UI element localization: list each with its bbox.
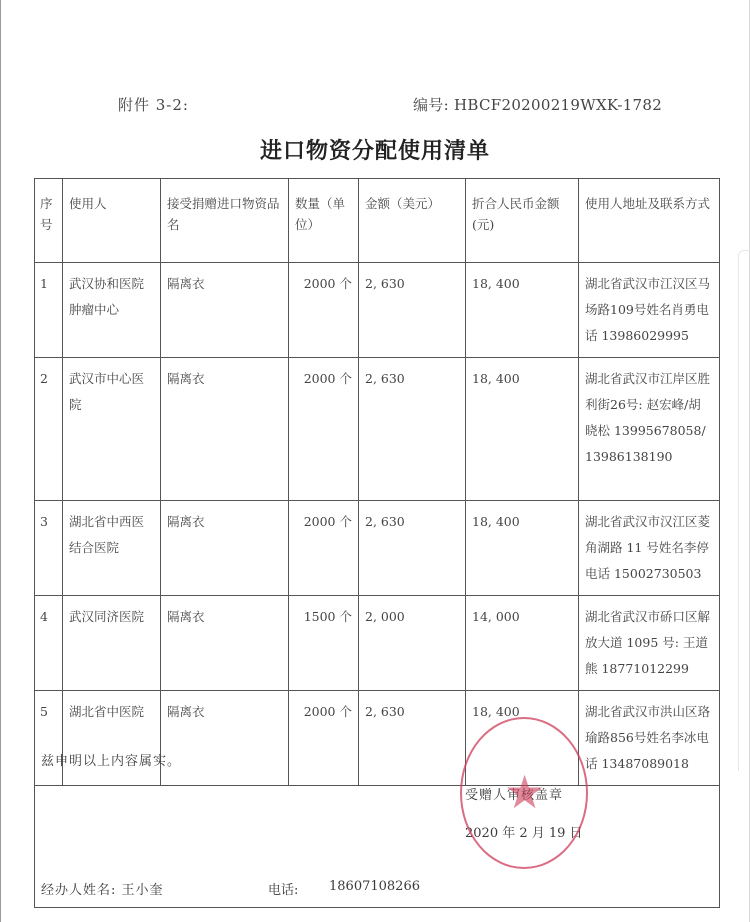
phone-value: 18607108266: [329, 879, 420, 894]
cell-quantity: 2000 个: [289, 501, 359, 596]
seal-label: 受赠人审核盖章: [465, 784, 563, 803]
cell-amount-cny: 18, 400: [466, 263, 579, 358]
cell-amount-cny: 18, 400: [466, 501, 579, 596]
cell-item: 隔离衣: [161, 263, 289, 358]
cell-user: 武汉协和医院肿瘤中心: [63, 263, 161, 358]
column-header-item: 接受捐赠进口物资品名: [161, 179, 289, 263]
document-number: 编号: HBCF20200219WXK-1782: [413, 94, 662, 115]
cell-amount-usd: 2, 630: [359, 358, 466, 501]
cell-amount-usd: 2, 000: [359, 596, 466, 691]
column-header-user: 使用人: [63, 179, 161, 263]
attachment-label: 附件 3-2:: [118, 94, 189, 115]
phone-label: 电话:: [268, 879, 298, 898]
scrollbar-track[interactable]: [738, 250, 750, 771]
column-header-quantity: 数量（单位）: [289, 179, 359, 263]
seal-date: 2020 年 2 月 19 日: [465, 822, 583, 841]
declaration-box: 兹申明以上内容属实。 受赠人审核盖章 2020 年 2 月 19 日 经办人姓名…: [34, 742, 720, 908]
cell-contact: 湖北省武汉市江岸区胜利街26号: 赵宏峰/胡晓松 13995678058/139…: [579, 358, 720, 501]
cell-contact: 湖北省武汉市江汉区马场路109号姓名肖勇电话 13986029995: [579, 263, 720, 358]
cell-no: 2: [35, 358, 63, 501]
cell-item: 隔离衣: [161, 501, 289, 596]
cell-no: 1: [35, 263, 63, 358]
cell-user: 湖北省中西医结合医院: [63, 501, 161, 596]
cell-contact: 湖北省武汉市汉江区菱角湖路 11 号姓名李停电话 15002730503: [579, 501, 720, 596]
cell-user: 武汉同济医院: [63, 596, 161, 691]
allocation-table: 序号 使用人 接受捐赠进口物资品名 数量（单位） 金额（美元） 折合人民币金额(…: [34, 178, 720, 786]
cell-item: 隔离衣: [161, 358, 289, 501]
table-row: 3 湖北省中西医结合医院 隔离衣 2000 个 2, 630 18, 400 湖…: [35, 501, 720, 596]
declaration-text: 兹申明以上内容属实。: [41, 750, 181, 769]
table-row: 1 武汉协和医院肿瘤中心 隔离衣 2000 个 2, 630 18, 400 湖…: [35, 263, 720, 358]
cell-quantity: 1500 个: [289, 596, 359, 691]
column-header-contact: 使用人地址及联系方式: [579, 179, 720, 263]
handler-name: 经办人姓名: 王小奎: [41, 879, 164, 898]
column-header-amount-usd: 金额（美元）: [359, 179, 466, 263]
column-header-no: 序号: [35, 179, 63, 263]
cell-item: 隔离衣: [161, 596, 289, 691]
cell-no: 4: [35, 596, 63, 691]
cell-amount-cny: 18, 400: [466, 358, 579, 501]
cell-amount-usd: 2, 630: [359, 501, 466, 596]
cell-user: 武汉市中心医院: [63, 358, 161, 501]
cell-quantity: 2000 个: [289, 358, 359, 501]
table-header-row: 序号 使用人 接受捐赠进口物资品名 数量（单位） 金额（美元） 折合人民币金额(…: [35, 179, 720, 263]
cell-amount-cny: 14, 000: [466, 596, 579, 691]
table-row: 4 武汉同济医院 隔离衣 1500 个 2, 000 14, 000 湖北省武汉…: [35, 596, 720, 691]
cell-quantity: 2000 个: [289, 263, 359, 358]
cell-amount-usd: 2, 630: [359, 263, 466, 358]
column-header-amount-cny: 折合人民币金额(元): [466, 179, 579, 263]
cell-no: 3: [35, 501, 63, 596]
table-row: 2 武汉市中心医院 隔离衣 2000 个 2, 630 18, 400 湖北省武…: [35, 358, 720, 501]
cell-contact: 湖北省武汉市硚口区解放大道 1095 号: 王道熊 18771012299: [579, 596, 720, 691]
document-title: 进口物资分配使用清单: [0, 134, 750, 165]
